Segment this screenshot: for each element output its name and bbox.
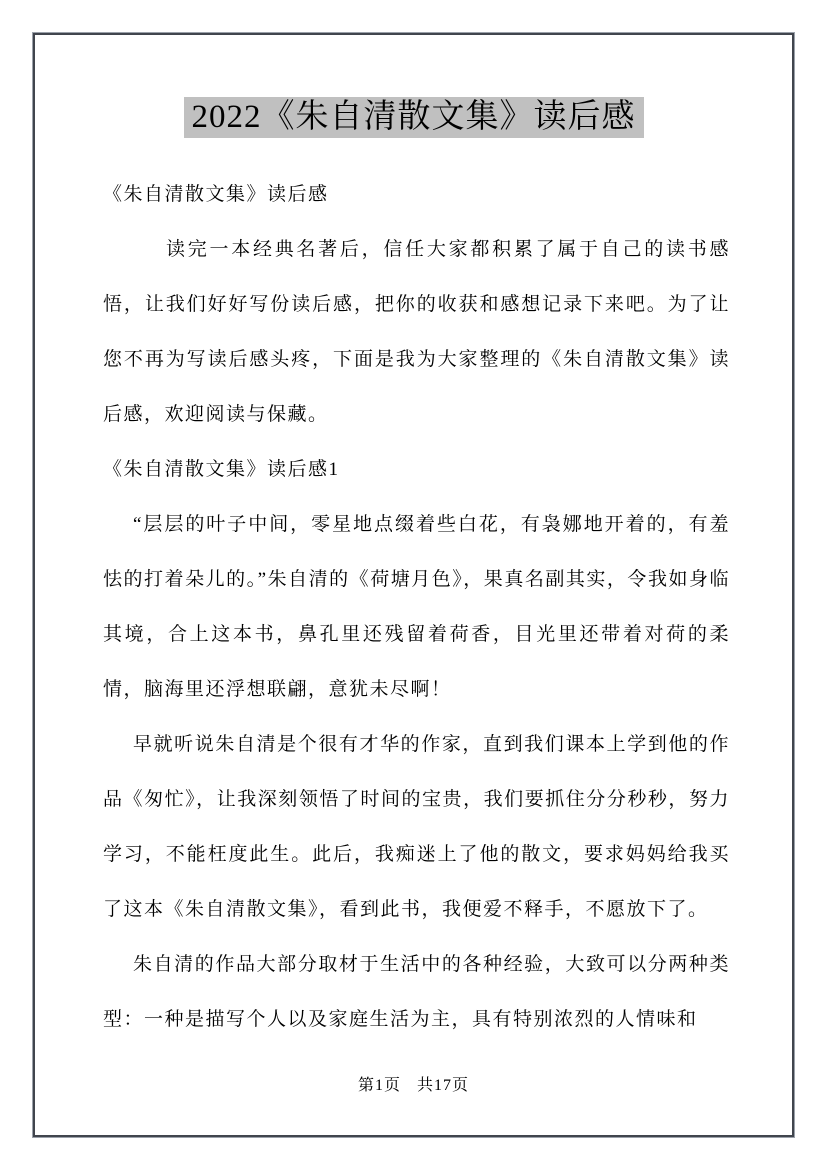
document-body: 《朱自清散文集》读后感 读完一本经典名著后，信任大家都积累了属于自己的读书感悟，… <box>103 167 730 1047</box>
page-number-current: 第1页 <box>358 1077 401 1094</box>
body-paragraph: 朱自清的作品大部分取材于生活中的各种经验，大致可以分两种类型：一种是描写个人以及… <box>103 937 730 1047</box>
body-paragraph: “层层的叶子中间，零星地点缀着些白花，有袅娜地开着的，有羞怯的打着朵儿的。”朱自… <box>103 497 730 717</box>
page-footer: 第1页共17页 <box>35 1075 792 1097</box>
page-border-frame: 2022《朱自清散文集》读后感 《朱自清散文集》读后感 读完一本经典名著后，信任… <box>33 33 794 1137</box>
section-heading: 《朱自清散文集》读后感1 <box>103 442 730 497</box>
body-paragraph: 早就听说朱自清是个很有才华的作家，直到我们课本上学到他的作品《匆忙》，让我深刻领… <box>103 717 730 937</box>
document-page: 2022《朱自清散文集》读后感 《朱自清散文集》读后感 读完一本经典名著后，信任… <box>0 0 827 1170</box>
document-title: 2022《朱自清散文集》读后感 <box>35 95 792 139</box>
document-title-highlight: 2022《朱自清散文集》读后感 <box>184 97 644 138</box>
document-subtitle: 《朱自清散文集》读后感 <box>103 167 730 222</box>
body-paragraph: 读完一本经典名著后，信任大家都积累了属于自己的读书感悟，让我们好好写份读后感，把… <box>103 222 730 442</box>
page-number-total: 共17页 <box>417 1077 469 1094</box>
